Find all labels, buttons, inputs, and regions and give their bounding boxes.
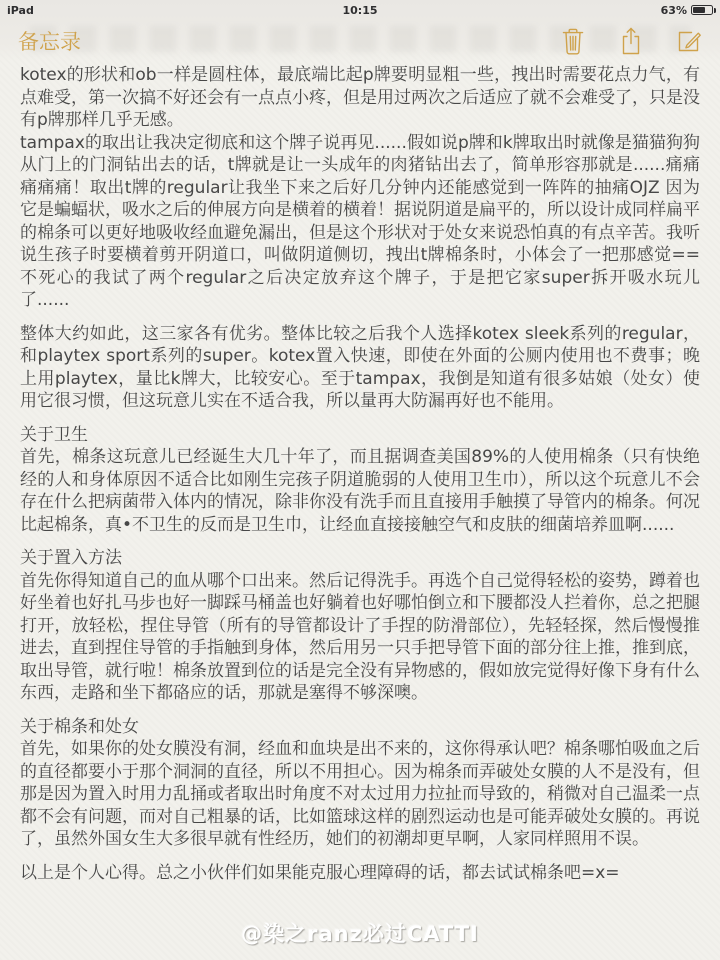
note-paragraph: 首先，如果你的处女膜没有洞，经血和血块是出不来的，这你得承认吧？棉条哪怕吸血之后… [20,738,700,851]
section-heading: 关于棉条和处女 [20,716,700,739]
battery-percent: 63% [661,4,687,17]
toolbar: 备忘录 [0,20,720,62]
share-icon[interactable] [618,26,644,56]
compose-icon[interactable] [676,26,702,56]
note-paragraph: 整体大约如此，这三家各有优劣。整体比较之后我个人选择kotex sleek系列的… [20,323,700,413]
status-time: 10:15 [0,4,720,17]
note-paragraph: 首先，棉条这玩意儿已经诞生大几十年了，而且据调查美国89%的人使用棉条（只有快绝… [20,446,700,536]
note-paragraph: kotex的形状和ob一样是圆柱体，最底端比起p牌要明显粗一些，拽出时需要花点力… [20,64,700,132]
note-paragraph: 首先你得知道自己的血从哪个口出来。然后记得洗手。再选个自己觉得轻松的姿势，蹲着也… [20,570,700,705]
note-editor[interactable]: kotex的形状和ob一样是圆柱体，最底端比起p牌要明显粗一些，拽出时需要花点力… [0,62,720,960]
note-paragraph: 以上是个人心得。总之小伙伴们如果能克服心理障碍的话，都去试试棉条吧=x= [20,862,700,885]
section-heading: 关于卫生 [20,424,700,447]
watermark-text: @染之ranz必过CATTI [0,918,720,948]
trash-icon[interactable] [560,26,586,56]
notes-back-button[interactable]: 备忘录 [18,26,81,56]
battery-icon [691,5,713,15]
note-paragraph: tampax的取出让我决定彻底和这个牌子说再见......假如说p牌和k牌取出时… [20,132,700,312]
status-bar: 10:15 iPad 63% [0,0,720,20]
section-heading: 关于置入方法 [20,547,700,570]
